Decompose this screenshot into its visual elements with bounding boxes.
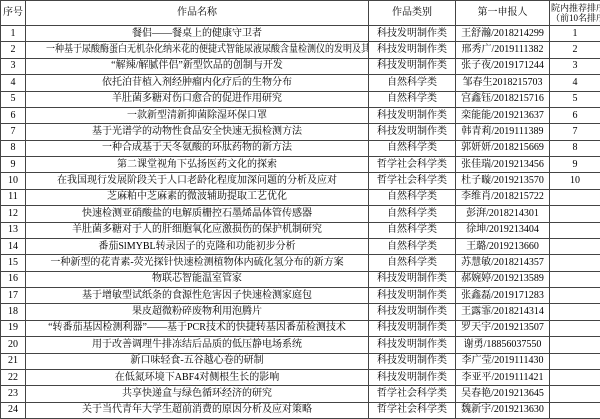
cell-category: 自然科学类 xyxy=(369,91,456,107)
cell-index: 13 xyxy=(1,222,26,238)
cell-title: 快速检测亚硝酸盐的电解质栅控石墨烯晶体管传感器 xyxy=(26,206,369,222)
cell-category: 科技发明制作类 xyxy=(369,337,456,353)
cell-index: 12 xyxy=(1,206,26,222)
cell-rank: 2 xyxy=(550,42,600,58)
cell-applicant-text: 王露霏/2018214314 xyxy=(461,307,544,317)
cell-applicant-text: 张佳瑞/2019213456 xyxy=(461,160,544,170)
cell-rank-text: 2 xyxy=(573,45,578,55)
cell-rank: 9 xyxy=(550,157,600,173)
cell-rank-text: 10 xyxy=(570,176,580,186)
cell-rank: 4 xyxy=(550,75,600,91)
cell-applicant-text: 韩青莉/2019111389 xyxy=(461,127,543,137)
cell-rank xyxy=(550,189,600,205)
cell-index: 5 xyxy=(1,91,26,107)
cell-title-text: 一款新型清新抑菌除湿环保口罩 xyxy=(127,111,267,121)
cell-title: 依托泊苷植入剂经肿瘤内化疗后的生物分布 xyxy=(26,75,369,91)
cell-title-text: 在我国现行发展阶段关于人口老龄化程度加深问题的分析及应对 xyxy=(57,176,337,186)
cell-index: 8 xyxy=(1,140,26,156)
cell-index-text: 12 xyxy=(8,209,18,219)
cell-rank-text: 8 xyxy=(573,143,578,153)
cell-category-text: 科技发明制作类 xyxy=(377,111,447,121)
cell-applicant-text: 郭妍妍/2018215669 xyxy=(461,143,544,153)
cell-index-text: 6 xyxy=(11,111,16,121)
ranking-table: 序号 作品名称 作品类别 第一申报人 院内推荐排序 （前10名排序） 1餐侣——… xyxy=(0,0,600,419)
cell-index-text: 23 xyxy=(8,389,18,399)
cell-category-text: 哲学社会科学类 xyxy=(377,176,447,186)
cell-category-text: 自然科学类 xyxy=(387,242,437,252)
cell-rank-text: 1 xyxy=(573,29,578,39)
cell-index: 1 xyxy=(1,26,26,42)
cell-rank xyxy=(550,271,600,287)
cell-applicant: 徐坤/2019213404 xyxy=(456,222,550,238)
table-row: 23共享快递盒与绿色循环经济的研究哲学社会科学类吴春艳/2019213645 xyxy=(1,386,600,402)
cell-index-text: 11 xyxy=(8,192,18,202)
cell-rank xyxy=(550,386,600,402)
table-header-row: 序号 作品名称 作品类别 第一申报人 院内推荐排序 （前10名排序） xyxy=(1,1,600,26)
cell-title: 果皮超微粉碎废物利用泡腾片 xyxy=(26,304,369,320)
cell-category-text: 科技发明制作类 xyxy=(377,307,447,317)
cell-index: 20 xyxy=(1,337,26,353)
cell-applicant-text: 郝婉婷/2019213589 xyxy=(461,274,544,284)
cell-applicant: 郝婉婷/2019213589 xyxy=(456,271,550,287)
cell-title-text: 用于改善调理牛排冻结后品质的低压静电场系统 xyxy=(92,340,302,350)
cell-index: 7 xyxy=(1,124,26,140)
cell-rank xyxy=(550,369,600,385)
cell-title: 餐侣——餐桌上的健康守卫者 xyxy=(26,26,369,42)
cell-applicant: 杜子暶/2019213570 xyxy=(456,173,550,189)
cell-category: 科技发明制作类 xyxy=(369,369,456,385)
table-row: 4依托泊苷植入剂经肿瘤内化疗后的生物分布自然科学类邹春生20182157034 xyxy=(1,75,600,91)
table-row: 14番茄SlMYBL转录因子的克隆和功能初步分析自然科学类王璐/20192136… xyxy=(1,238,600,254)
table-row: 10在我国现行发展阶段关于人口老龄化程度加深问题的分析及应对哲学社会科学类杜子暶… xyxy=(1,173,600,189)
cell-rank xyxy=(550,206,600,222)
cell-title: 芝麻粕中芝麻素的微波辅助提取工艺优化 xyxy=(26,189,369,205)
header-rank: 院内推荐排序 （前10名排序） xyxy=(550,1,600,26)
cell-category-text: 自然科学类 xyxy=(387,258,437,268)
cell-title: 第二课堂视角下弘扬医药文化的探索 xyxy=(26,157,369,173)
cell-title-text: 基于光谱学的动物性食品安全快速无损检测方法 xyxy=(92,127,302,137)
table-row: 22在低氮环境下ABF4对侧根生长的影响科技发明制作类李亚平/201911142… xyxy=(1,369,600,385)
cell-category-text: 科技发明制作类 xyxy=(377,340,447,350)
table-row: 8一种合成基于天冬氨酸的环肽药物的新方法自然科学类郭妍妍/20182156698 xyxy=(1,140,600,156)
cell-rank: 1 xyxy=(550,26,600,42)
cell-rank xyxy=(550,353,600,369)
cell-title: 羊肚菌多糖对伤口愈合的促进作用研究 xyxy=(26,91,369,107)
cell-applicant-text: 宫鑫钰/2018215716 xyxy=(461,94,544,104)
cell-index-text: 16 xyxy=(8,274,18,284)
header-category: 作品类别 xyxy=(369,1,456,26)
cell-title-text: 新口味轻食-五谷越心卷的研制 xyxy=(130,356,263,366)
cell-applicant-text: 谢勇/18856037550 xyxy=(464,340,542,350)
cell-category-text: 科技发明制作类 xyxy=(377,356,447,366)
header-applicant: 第一申报人 xyxy=(456,1,550,26)
cell-applicant: 吴春艳/2019213645 xyxy=(456,386,550,402)
cell-applicant: 彭湃/2018214301 xyxy=(456,206,550,222)
cell-applicant: 邹春生2018215703 xyxy=(456,75,550,91)
cell-applicant: 王璐/2019213660 xyxy=(456,238,550,254)
cell-applicant-text: 邹春生2018215703 xyxy=(463,78,543,88)
cell-category-text: 自然科学类 xyxy=(387,78,437,88)
cell-index-text: 13 xyxy=(8,225,18,235)
cell-title: 一种基于尿酸酶蛋白无机杂化纳米花的便捷式智能尿液尿酸含量检测仪的发明及其应用 xyxy=(26,42,369,58)
cell-index-text: 15 xyxy=(8,258,18,268)
cell-applicant: 郭妍妍/2018215669 xyxy=(456,140,550,156)
table-row: 21新口味轻食-五谷越心卷的研制科技发明制作类李广莹/2019111430 xyxy=(1,353,600,369)
cell-category: 科技发明制作类 xyxy=(369,288,456,304)
cell-title-text: 餐侣——餐桌上的健康守卫者 xyxy=(132,29,262,39)
header-rank-sublabel: （前10名排序） xyxy=(551,13,599,23)
header-title: 作品名称 xyxy=(26,1,369,26)
cell-category: 科技发明制作类 xyxy=(369,353,456,369)
cell-applicant: 王舒瀚/2018214299 xyxy=(456,26,550,42)
cell-rank-text: 7 xyxy=(573,127,578,137)
cell-index-text: 9 xyxy=(11,160,16,170)
cell-index: 23 xyxy=(1,386,26,402)
cell-applicant-text: 李亚平/2019111421 xyxy=(461,373,543,383)
cell-index: 21 xyxy=(1,353,26,369)
cell-rank xyxy=(550,255,600,271)
cell-rank: 7 xyxy=(550,124,600,140)
cell-category: 哲学社会科学类 xyxy=(369,157,456,173)
cell-index-text: 3 xyxy=(11,61,16,71)
table-body: 1餐侣——餐桌上的健康守卫者科技发明制作类王舒瀚/201821429912一种基… xyxy=(1,26,600,419)
cell-rank: 3 xyxy=(550,58,600,74)
cell-applicant: 苏慧敏/2018214357 xyxy=(456,255,550,271)
cell-category: 科技发明制作类 xyxy=(369,58,456,74)
cell-applicant-text: 李维肖/2018215722 xyxy=(461,192,544,202)
cell-index-text: 2 xyxy=(11,45,16,55)
cell-index: 9 xyxy=(1,157,26,173)
cell-category-text: 科技发明制作类 xyxy=(377,61,447,71)
cell-category-text: 自然科学类 xyxy=(387,209,437,219)
cell-category: 自然科学类 xyxy=(369,140,456,156)
header-rank-label: 院内推荐排序 xyxy=(551,3,599,13)
cell-category: 自然科学类 xyxy=(369,222,456,238)
cell-category-text: 科技发明制作类 xyxy=(377,29,447,39)
cell-applicant-text: 栾能能/2019213637 xyxy=(461,111,544,121)
cell-title-text: 一种新型的花青素-荧光探针快速检测植物体内硫化氢分布的新方案 xyxy=(50,258,343,268)
cell-category: 科技发明制作类 xyxy=(369,124,456,140)
cell-category-text: 科技发明制作类 xyxy=(377,291,447,301)
cell-title-text: 共享快递盒与绿色循环经济的研究 xyxy=(122,389,272,399)
cell-index: 24 xyxy=(1,402,26,418)
cell-title: 用于改善调理牛排冻结后品质的低压静电场系统 xyxy=(26,337,369,353)
cell-category-text: 科技发明制作类 xyxy=(377,323,447,333)
header-index: 序号 xyxy=(1,1,26,26)
table-row: 17基于增敏型试纸条的食源性危害因子快速检测家庭包科技发明制作类张鑫磊/2019… xyxy=(1,288,600,304)
cell-index: 3 xyxy=(1,58,26,74)
cell-title: “转番茄基因检测利器”——基于PCR技术的快捷转基因番茄检测技术 xyxy=(26,320,369,336)
cell-applicant: 罗天宇/2019213507 xyxy=(456,320,550,336)
cell-rank: 8 xyxy=(550,140,600,156)
cell-category: 科技发明制作类 xyxy=(369,42,456,58)
cell-rank-text: 9 xyxy=(573,160,578,170)
table-row: 6一款新型清新抑菌除湿环保口罩科技发明制作类栾能能/20192136376 xyxy=(1,107,600,123)
cell-title: 羊肚菌多糖对于人的肝细胞氧化应激损伤的保护机制研究 xyxy=(26,222,369,238)
cell-title-text: 果皮超微粉碎废物利用泡腾片 xyxy=(132,307,262,317)
cell-index-text: 5 xyxy=(11,94,16,104)
cell-title: 新口味轻食-五谷越心卷的研制 xyxy=(26,353,369,369)
cell-applicant-text: 罗天宇/2019213507 xyxy=(461,323,544,333)
cell-index-text: 18 xyxy=(8,307,18,317)
cell-index: 4 xyxy=(1,75,26,91)
table-row: 20用于改善调理牛排冻结后品质的低压静电场系统科技发明制作类谢勇/1885603… xyxy=(1,337,600,353)
cell-index: 19 xyxy=(1,320,26,336)
table-row: 12快速检测亚硝酸盐的电解质栅控石墨烯晶体管传感器自然科学类彭湃/2018214… xyxy=(1,206,600,222)
table-row: 18果皮超微粉碎废物利用泡腾片科技发明制作类王露霏/2018214314 xyxy=(1,304,600,320)
cell-rank xyxy=(550,238,600,254)
cell-rank-text: 5 xyxy=(573,94,578,104)
cell-title-text: 基于增敏型试纸条的食源性危害因子快速检测家庭包 xyxy=(82,291,312,301)
cell-title: 番茄SlMYBL转录因子的克隆和功能初步分析 xyxy=(26,238,369,254)
table-row: 5羊肚菌多糖对伤口愈合的促进作用研究自然科学类宫鑫钰/20182157165 xyxy=(1,91,600,107)
cell-title: 一款新型清新抑菌除湿环保口罩 xyxy=(26,107,369,123)
cell-applicant: 王露霏/2018214314 xyxy=(456,304,550,320)
table-row: 9第二课堂视角下弘扬医药文化的探索哲学社会科学类张佳瑞/20192134569 xyxy=(1,157,600,173)
cell-index-text: 7 xyxy=(11,127,16,137)
cell-applicant-text: 吴春艳/2019213645 xyxy=(461,389,544,399)
table-row: 24关于当代青年大学生超前消费的原因分析及应对策略哲学社会科学类魏新宇/2019… xyxy=(1,402,600,418)
cell-applicant-text: 彭湃/2018214301 xyxy=(466,209,539,219)
cell-title-text: 在低氮环境下ABF4对侧根生长的影响 xyxy=(115,373,279,383)
cell-applicant: 李维肖/2018215722 xyxy=(456,189,550,205)
cell-index-text: 4 xyxy=(11,78,16,88)
cell-title-text: 芝麻粕中芝麻素的微波辅助提取工艺优化 xyxy=(107,192,287,202)
cell-applicant: 张子夜/2019171244 xyxy=(456,58,550,74)
cell-category-text: 哲学社会科学类 xyxy=(377,389,447,399)
cell-category: 科技发明制作类 xyxy=(369,26,456,42)
cell-applicant-text: 王舒瀚/2018214299 xyxy=(461,29,544,39)
cell-title: 一种合成基于天冬氨酸的环肽药物的新方法 xyxy=(26,140,369,156)
cell-category: 哲学社会科学类 xyxy=(369,173,456,189)
cell-rank xyxy=(550,304,600,320)
cell-rank-text: 6 xyxy=(573,111,578,121)
cell-applicant: 魏新宇/2019213630 xyxy=(456,402,550,418)
table-row: 1餐侣——餐桌上的健康守卫者科技发明制作类王舒瀚/20182142991 xyxy=(1,26,600,42)
table-row: 15一种新型的花青素-荧光探针快速检测植物体内硫化氢分布的新方案自然科学类苏慧敏… xyxy=(1,255,600,271)
cell-applicant-text: 徐坤/2019213404 xyxy=(466,225,539,235)
cell-title: 一种新型的花青素-荧光探针快速检测植物体内硫化氢分布的新方案 xyxy=(26,255,369,271)
cell-title-text: 物联芯智能温室管家 xyxy=(152,274,242,284)
cell-category: 科技发明制作类 xyxy=(369,271,456,287)
cell-index: 17 xyxy=(1,288,26,304)
cell-title: 在我国现行发展阶段关于人口老龄化程度加深问题的分析及应对 xyxy=(26,173,369,189)
cell-applicant: 李亚平/2019111421 xyxy=(456,369,550,385)
cell-category-text: 科技发明制作类 xyxy=(377,45,447,55)
cell-index: 10 xyxy=(1,173,26,189)
cell-applicant: 韩青莉/2019111389 xyxy=(456,124,550,140)
cell-category-text: 自然科学类 xyxy=(387,94,437,104)
cell-category-text: 自然科学类 xyxy=(387,143,437,153)
cell-rank xyxy=(550,337,600,353)
cell-rank xyxy=(550,288,600,304)
cell-category-text: 科技发明制作类 xyxy=(377,274,447,284)
cell-category-text: 哲学社会科学类 xyxy=(377,405,447,415)
cell-category: 自然科学类 xyxy=(369,238,456,254)
cell-title-text: 羊肚菌多糖对于人的肝细胞氧化应激损伤的保护机制研究 xyxy=(72,225,322,235)
cell-rank xyxy=(550,320,600,336)
cell-category-text: 科技发明制作类 xyxy=(377,127,447,137)
cell-index: 16 xyxy=(1,271,26,287)
cell-category: 科技发明制作类 xyxy=(369,320,456,336)
cell-index-text: 22 xyxy=(8,373,18,383)
cell-category: 自然科学类 xyxy=(369,255,456,271)
cell-title: 在低氮环境下ABF4对侧根生长的影响 xyxy=(26,369,369,385)
cell-index: 2 xyxy=(1,42,26,58)
cell-category: 自然科学类 xyxy=(369,206,456,222)
cell-title: 物联芯智能温室管家 xyxy=(26,271,369,287)
cell-applicant-text: 邢秀广/2019111382 xyxy=(461,45,543,55)
cell-applicant: 宫鑫钰/2018215716 xyxy=(456,91,550,107)
table-row: 16物联芯智能温室管家科技发明制作类郝婉婷/2019213589 xyxy=(1,271,600,287)
cell-title: 共享快递盒与绿色循环经济的研究 xyxy=(26,386,369,402)
cell-applicant: 张佳瑞/2019213456 xyxy=(456,157,550,173)
table-row: 13羊肚菌多糖对于人的肝细胞氧化应激损伤的保护机制研究自然科学类徐坤/20192… xyxy=(1,222,600,238)
cell-applicant-text: 王璐/2019213660 xyxy=(466,242,539,252)
cell-title-text: 番茄SlMYBL转录因子的克隆和功能初步分析 xyxy=(98,242,295,252)
cell-applicant-text: 杜子暶/2019213570 xyxy=(461,176,544,186)
table-row: 3“解辣/解腻伴侣”新型饮品的创制与开发科技发明制作类张子夜/201917124… xyxy=(1,58,600,74)
cell-rank-text: 3 xyxy=(573,61,578,71)
cell-title-text: 第二课堂视角下弘扬医药文化的探索 xyxy=(117,160,277,170)
cell-category-text: 科技发明制作类 xyxy=(377,373,447,383)
cell-title: 基于光谱学的动物性食品安全快速无损检测方法 xyxy=(26,124,369,140)
table-row: 7基于光谱学的动物性食品安全快速无损检测方法科技发明制作类韩青莉/2019111… xyxy=(1,124,600,140)
cell-applicant-text: 魏新宇/2019213630 xyxy=(461,405,544,415)
cell-applicant-text: 李广莹/2019111430 xyxy=(461,356,543,366)
cell-index: 11 xyxy=(1,189,26,205)
cell-rank xyxy=(550,222,600,238)
cell-title-text: 关于当代青年大学生超前消费的原因分析及应对策略 xyxy=(82,405,312,415)
cell-rank: 5 xyxy=(550,91,600,107)
cell-rank xyxy=(550,402,600,418)
cell-category-text: 自然科学类 xyxy=(387,192,437,202)
cell-title-text: “转番茄基因检测利器”——基于PCR技术的快捷转基因番茄检测技术 xyxy=(48,323,346,333)
cell-applicant: 栾能能/2019213637 xyxy=(456,107,550,123)
cell-rank-text: 4 xyxy=(573,78,578,88)
cell-applicant: 邢秀广/2019111382 xyxy=(456,42,550,58)
cell-index-text: 21 xyxy=(8,356,18,366)
cell-index: 18 xyxy=(1,304,26,320)
cell-index-text: 19 xyxy=(8,323,18,333)
cell-applicant: 谢勇/18856037550 xyxy=(456,337,550,353)
cell-category-text: 自然科学类 xyxy=(387,225,437,235)
cell-rank: 10 xyxy=(550,173,600,189)
cell-category: 科技发明制作类 xyxy=(369,107,456,123)
cell-category-text: 哲学社会科学类 xyxy=(377,160,447,170)
cell-category: 自然科学类 xyxy=(369,75,456,91)
cell-index-text: 10 xyxy=(8,176,18,186)
cell-applicant-text: 张子夜/2019171244 xyxy=(461,61,544,71)
cell-title: “解辣/解腻伴侣”新型饮品的创制与开发 xyxy=(26,58,369,74)
cell-title-text: 快速检测亚硝酸盐的电解质栅控石墨烯晶体管传感器 xyxy=(82,209,312,219)
cell-title: 关于当代青年大学生超前消费的原因分析及应对策略 xyxy=(26,402,369,418)
cell-index-text: 24 xyxy=(8,405,18,415)
table-row: 2一种基于尿酸酶蛋白无机杂化纳米花的便捷式智能尿液尿酸含量检测仪的发明及其应用科… xyxy=(1,42,600,58)
cell-applicant-text: 张鑫磊/2019171283 xyxy=(461,291,544,301)
cell-title-text: “解辣/解腻伴侣”新型饮品的创制与开发 xyxy=(111,61,283,71)
table-row: 19“转番茄基因检测利器”——基于PCR技术的快捷转基因番茄检测技术科技发明制作… xyxy=(1,320,600,336)
cell-applicant: 张鑫磊/2019171283 xyxy=(456,288,550,304)
cell-title-text: 羊肚菌多糖对伤口愈合的促进作用研究 xyxy=(112,94,282,104)
cell-title-text: 一种合成基于天冬氨酸的环肽药物的新方法 xyxy=(102,143,292,153)
cell-index: 22 xyxy=(1,369,26,385)
cell-applicant-text: 苏慧敏/2018214357 xyxy=(461,258,544,268)
cell-index-text: 20 xyxy=(8,340,18,350)
cell-category: 科技发明制作类 xyxy=(369,304,456,320)
cell-title: 基于增敏型试纸条的食源性危害因子快速检测家庭包 xyxy=(26,288,369,304)
cell-title-text: 依托泊苷植入剂经肿瘤内化疗后的生物分布 xyxy=(102,78,292,88)
cell-index-text: 14 xyxy=(8,242,18,252)
cell-index: 6 xyxy=(1,107,26,123)
cell-rank: 6 xyxy=(550,107,600,123)
cell-category: 自然科学类 xyxy=(369,189,456,205)
cell-title-text: 一种基于尿酸酶蛋白无机杂化纳米花的便捷式智能尿液尿酸含量检测仪的发明及其应用 xyxy=(46,45,369,55)
cell-applicant: 李广莹/2019111430 xyxy=(456,353,550,369)
cell-index-text: 1 xyxy=(11,29,16,39)
cell-index-text: 17 xyxy=(8,291,18,301)
cell-index: 15 xyxy=(1,255,26,271)
cell-category: 哲学社会科学类 xyxy=(369,386,456,402)
cell-index: 14 xyxy=(1,238,26,254)
cell-category: 哲学社会科学类 xyxy=(369,402,456,418)
cell-index-text: 8 xyxy=(11,143,16,153)
table-row: 11芝麻粕中芝麻素的微波辅助提取工艺优化自然科学类李维肖/2018215722 xyxy=(1,189,600,205)
